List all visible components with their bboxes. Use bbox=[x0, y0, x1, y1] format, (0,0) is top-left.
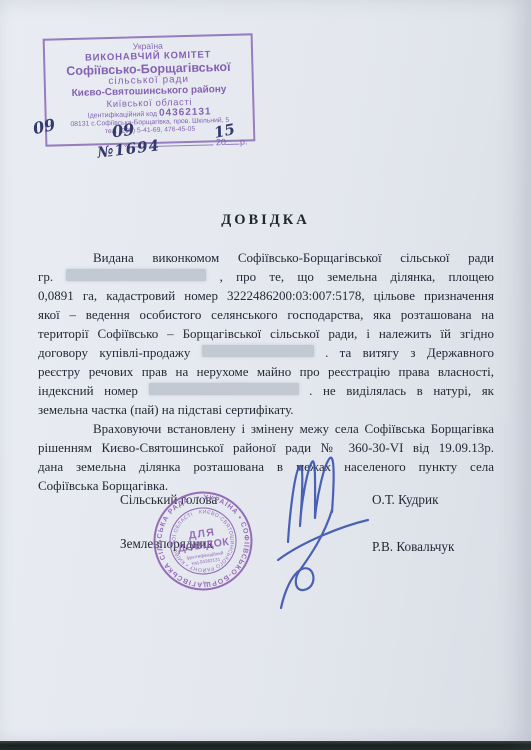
body-line: гр. , про те, що земельна ділянка, площе… bbox=[38, 267, 494, 286]
date-year-suffix: р. bbox=[240, 136, 248, 146]
body-line: Видана виконкомом Софіївсько-Борщагівськ… bbox=[38, 248, 494, 267]
document-title: ДОВІДКА bbox=[0, 212, 531, 229]
round-seal-stamp: • УКРАЇНА • СОФІЇВСЬКО-БОРЩАГІВСЬКА СІЛЬ… bbox=[142, 480, 264, 602]
body-text-segment: Видана виконкомом Софіївсько-Борщагівськ… bbox=[93, 250, 494, 265]
body-text-segment: . не виділялась в натурі, як bbox=[299, 383, 495, 398]
body-text-segment: договору купівлі-продажу bbox=[38, 345, 202, 360]
body-text-segment: Софіївська Борщагівка. bbox=[38, 478, 168, 493]
redacted-text bbox=[202, 345, 314, 357]
body-line: території Софіївсько – Борщагівської сіл… bbox=[38, 324, 494, 343]
body-text-segment: , про те, що земельна ділянка, площею bbox=[206, 269, 494, 284]
body-text-segment: території Софіївсько – Борщагівської сіл… bbox=[38, 326, 494, 341]
body-text-segment: реєстру речових прав на нерухоме майно п… bbox=[38, 364, 494, 379]
body-text-segment: гр. bbox=[38, 269, 66, 284]
body-line: якої – ведення особистого селянського го… bbox=[38, 305, 494, 324]
signature-stroke-flourish bbox=[278, 520, 368, 560]
signature-stroke-peaks bbox=[288, 458, 334, 542]
body-line: індексний номер . не виділялась в натурі… bbox=[38, 381, 494, 400]
redacted-text bbox=[149, 383, 299, 395]
document-page: Україна ВИКОНАВЧИЙ КОМІТЕТ Софіївсько-Бо… bbox=[0, 0, 531, 750]
body-line: 0,0891 га, кадастровий номер 3222486200:… bbox=[38, 286, 494, 305]
handwritten-signature bbox=[250, 438, 400, 623]
body-text-segment: якої – ведення особистого селянського го… bbox=[38, 307, 494, 322]
body-text-segment: Враховуючи встановлену і змінену межу се… bbox=[93, 421, 494, 436]
body-text-segment: земельна частка (пай) на підставі сертиф… bbox=[38, 402, 294, 417]
body-text-segment: . та витягу з Державного bbox=[314, 345, 494, 360]
paragraph-1: Видана виконкомом Софіївсько-Борщагівськ… bbox=[38, 248, 494, 419]
body-line: земельна частка (пай) на підставі сертиф… bbox=[38, 400, 494, 419]
body-text-segment: 0,0891 га, кадастровий номер 3222486200:… bbox=[38, 288, 494, 303]
redacted-text bbox=[66, 269, 206, 281]
body-line: Враховуючи встановлену і змінену межу се… bbox=[38, 419, 494, 438]
handwritten-month: 09 bbox=[111, 120, 136, 142]
body-line: реєстру речових прав на нерухоме майно п… bbox=[38, 362, 494, 381]
body-text-segment: індексний номер bbox=[38, 383, 149, 398]
scan-edge-artifact bbox=[0, 741, 531, 750]
body-line: договору купівлі-продажу . та витягу з Д… bbox=[38, 343, 494, 362]
